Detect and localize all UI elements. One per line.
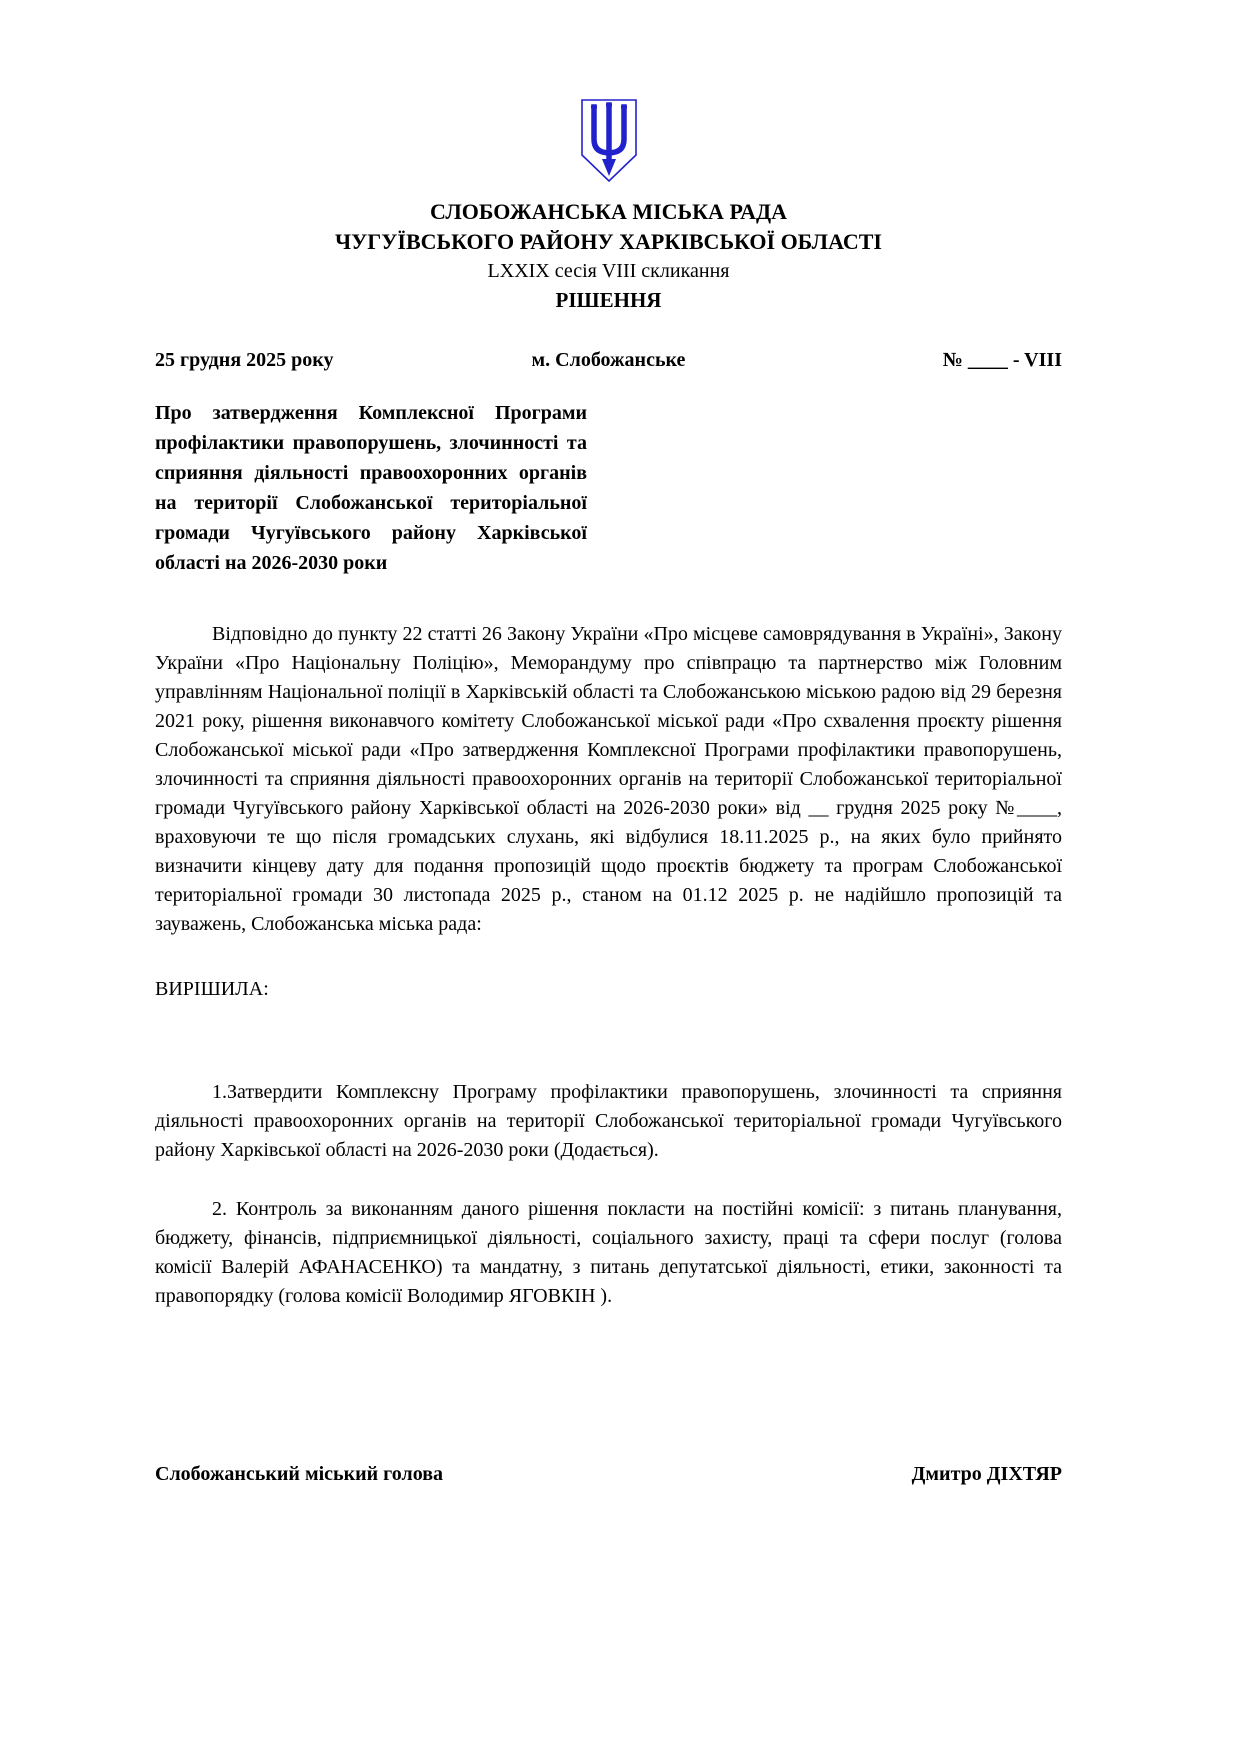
decision-meta-row: 25 грудня 2025 року м. Слобожанське № __… <box>155 349 1062 372</box>
document-type-heading: РІШЕННЯ <box>155 285 1062 315</box>
decision-date: 25 грудня 2025 року <box>155 349 457 372</box>
decision-preamble: Відповідно до пункту 22 статті 26 Закону… <box>155 620 1062 939</box>
decision-subject: Про затвердження Комплексної Програми пр… <box>155 398 587 578</box>
session-line: LXXIX сесія VIII скликання <box>155 257 1062 285</box>
tryzub-icon <box>578 98 640 184</box>
org-name-line2: ЧУГУЇВСЬКОГО РАЙОНУ ХАРКІВСЬКОЇ ОБЛАСТІ <box>155 227 1062 257</box>
coat-of-arms-emblem <box>155 98 1062 189</box>
resolution-item-2: 2. Контроль за виконанням даного рішення… <box>155 1195 1062 1311</box>
decision-number: № ____ - VIII <box>760 349 1062 372</box>
signature-title: Слобожанський міський голова <box>155 1463 443 1486</box>
document-page: СЛОБОЖАНСЬКА МІСЬКА РАДА ЧУГУЇВСЬКОГО РА… <box>0 0 1240 1754</box>
org-name-line1: СЛОБОЖАНСЬКА МІСЬКА РАДА <box>155 197 1062 227</box>
signature-row: Слобожанський міський голова Дмитро ДІХТ… <box>155 1463 1062 1486</box>
decision-place: м. Слобожанське <box>457 349 759 372</box>
resolution-heading: ВИРІШИЛА: <box>155 975 1062 1004</box>
signature-name: Дмитро ДІХТЯР <box>912 1463 1062 1486</box>
resolution-item-1: 1.Затвердити Комплексну Програму профіла… <box>155 1078 1062 1165</box>
